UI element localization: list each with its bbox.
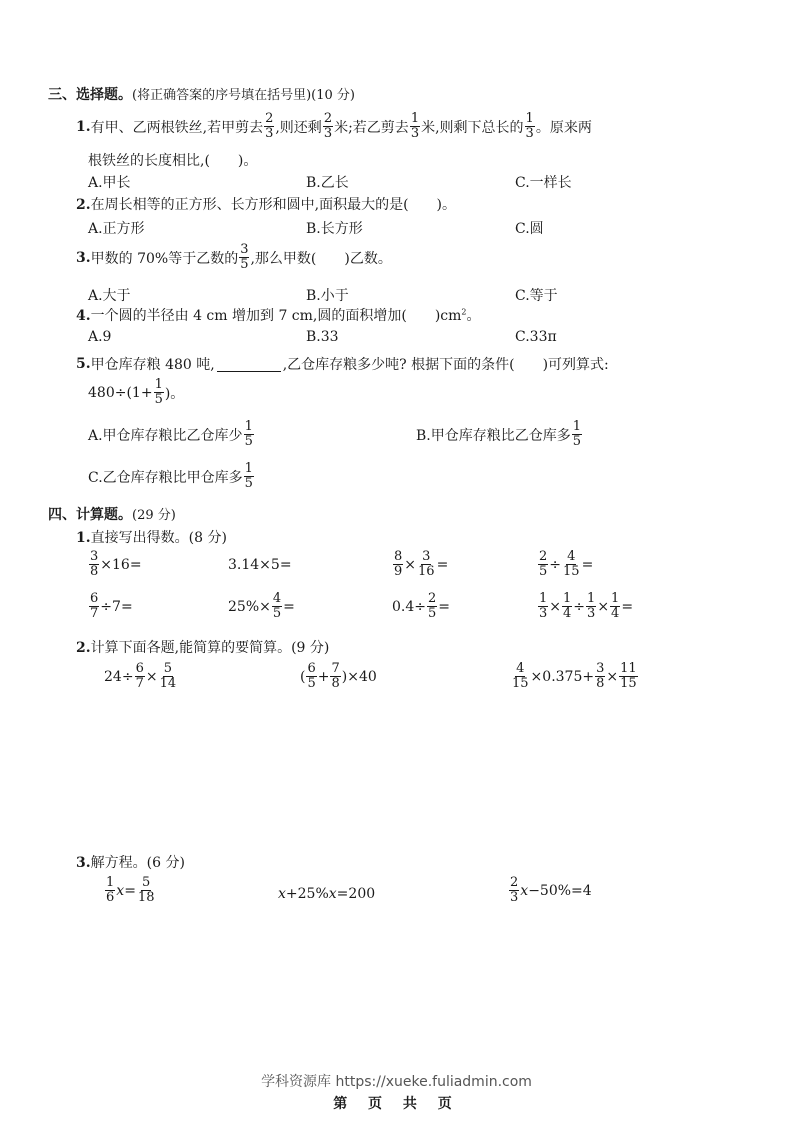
op: ÷ [549,557,561,573]
op: − [528,883,540,899]
question-number: 3. [76,250,91,266]
question-text: 米;若乙剪去 [334,117,409,137]
fraction: 13 [538,592,548,621]
op: = [437,557,449,573]
question-text: 有甲、乙两根铁丝,若甲剪去 [91,117,263,137]
op: × [100,557,112,573]
option-a: A.大于 [88,285,131,305]
question-2: 2.在周长相等的正方形、长方形和圆中,面积最大的是( )。 [76,194,456,214]
denominator: 3 [525,127,535,141]
part-3-title: 3.解方程。(6 分) [76,852,185,872]
number: 3.14 [228,557,259,573]
option-c: C.乙仓库存粮比甲仓库多 15 [88,462,255,491]
number: 0.375 [542,669,582,685]
question-number: 1. [76,119,91,135]
footer-page-number: 第 页 共 页 [0,1093,793,1113]
question-5-expression: 480÷(1+ 15 )。 [88,378,184,407]
fraction: 25 [538,550,548,579]
fraction: 15 [244,462,254,491]
calc-problem-2: (65+78)×40 [300,662,377,691]
fraction: 14 [610,592,620,621]
numerator: 1 [244,462,254,477]
question-5: 5. 甲仓库存粮 480 吨, ,乙仓库存粮多少吨? 根据下面的条件( )可列算… [76,354,609,374]
op: ÷ [100,599,112,615]
fraction: 13 [410,112,420,141]
question-1: 1. 有甲、乙两根铁丝,若甲剪去 23 ,则还剩 23 米;若乙剪去 13 米,… [76,112,592,141]
number: 25% [228,599,259,615]
option-b: B.长方形 [306,218,363,238]
expression-text: 480÷(1+ [88,385,153,401]
fraction: 35 [239,243,249,272]
question-text: 米,则剩下总长的 [421,117,523,137]
variable: x [329,886,337,902]
denominator: 5 [244,435,254,449]
fraction: 67 [135,662,145,691]
op: ÷ [414,599,426,615]
number: 16 [112,557,130,573]
variable: x [116,883,124,899]
fraction: 415 [511,662,530,691]
op: + [318,669,330,685]
op: = [124,883,136,899]
question-text: ,则还剩 [275,117,321,137]
option-a: A.甲长 [88,172,131,192]
fill-blank [217,357,281,372]
calc-item-1: 38×16= [88,550,142,579]
question-text: 甲数的 70%等于乙数的 [91,248,239,268]
question-4: 4.一个圆的半径由 4 cm 增加到 7 cm,圆的面积增加( )cm2。 [76,305,481,325]
op: × [597,599,609,615]
part-number: 1. [76,530,91,546]
fraction: 23 [509,876,519,905]
number: 7 [112,599,121,615]
fraction: 15 [244,420,254,449]
denominator: 5 [244,477,254,491]
calc-item-7: 0.4÷25= [392,592,450,621]
numerator: 2 [323,112,333,127]
op: + [286,886,298,902]
fraction: 38 [595,662,605,691]
op: = [582,557,594,573]
number: 0.4 [392,599,414,615]
op: = [130,557,142,573]
section-4-note: (29 分) [132,508,176,523]
equation-3: 23x−50%=4 [508,876,592,905]
op: = [280,557,292,573]
op: × [259,599,271,615]
part-number: 3. [76,855,91,871]
op: + [582,669,594,685]
denominator: 3 [410,127,420,141]
option-text: A.甲仓库存粮比乙仓库少 [88,425,243,445]
op: = [438,599,450,615]
op: = [121,599,133,615]
fraction: 316 [417,550,436,579]
question-text: ,乙仓库存粮多少吨? 根据下面的条件( )可列算式: [283,354,609,374]
question-number: 4. [76,308,91,324]
option-a: A.9 [88,329,111,345]
op: × [347,669,359,685]
expression-text: )。 [165,383,184,403]
option-a: A.正方形 [88,218,145,238]
fraction: 1115 [619,662,638,691]
section-3-header: 三、选择题。(将正确答案的序号填在括号里)(10 分) [48,84,355,104]
calc-item-5: 67÷7= [88,592,133,621]
op: × [606,669,618,685]
fraction: 25 [427,592,437,621]
calc-item-2: 3.14×5= [228,557,292,573]
denominator: 5 [239,258,249,272]
calc-problem-3: 415×0.375+38×1115 [510,662,639,691]
op: × [549,599,561,615]
number: 40 [359,669,377,685]
question-text: 。 [467,308,481,324]
question-1-line2: 根铁丝的长度相比,( )。 [88,150,257,170]
question-text: 在周长相等的正方形、长方形和圆中,面积最大的是( )。 [91,197,456,213]
option-c: C.圆 [515,218,544,238]
section-4-header: 四、计算题。(29 分) [48,504,176,524]
fraction: 15 [154,378,164,407]
calc-problem-1: 24÷67×514 [104,662,178,691]
fraction: 16 [105,876,115,905]
op: × [146,669,158,685]
fraction: 518 [137,876,156,905]
number: 50% [540,883,571,899]
fraction: 78 [330,662,340,691]
numerator: 1 [244,420,254,435]
op: = [571,883,583,899]
option-c: C.等于 [515,285,558,305]
question-text: ,那么甲数( )乙数。 [250,248,391,268]
fraction: 23 [323,112,333,141]
numerator: 3 [239,243,249,258]
question-number: 5. [76,356,91,372]
variable: x [520,883,528,899]
question-text: 。原来两 [536,117,592,137]
fraction: 67 [89,592,99,621]
option-c: C.33π [515,329,557,345]
fraction: 23 [264,112,274,141]
calc-item-3: 89×316= [392,550,448,579]
denominator: 3 [264,127,274,141]
denominator: 3 [323,127,333,141]
fraction: 514 [159,662,178,691]
number: 5 [271,557,280,573]
numerator: 1 [525,112,535,127]
number: 4 [583,883,592,899]
part-text: 直接写出得数。(8 分) [91,530,227,546]
fraction: 415 [562,550,581,579]
fraction: 45 [272,592,282,621]
footer-source: 学科资源库 https://xueke.fuliadmin.com [0,1071,793,1091]
denominator: 5 [154,393,164,407]
fraction: 15 [572,420,582,449]
option-a: A.甲仓库存粮比乙仓库少 15 [88,420,255,449]
fraction: 14 [562,592,572,621]
op: ÷ [573,599,585,615]
fraction: 13 [525,112,535,141]
numerator: 1 [154,378,164,393]
op: ( [300,669,305,685]
calc-item-4: 25÷415= [537,550,593,579]
part-text: 计算下面各题,能简算的要简算。(9 分) [91,640,330,656]
number: 200 [348,886,375,902]
op: × [404,557,416,573]
numerator: 1 [572,420,582,435]
calc-item-6: 25%×45= [228,592,295,621]
fraction: 13 [586,592,596,621]
option-c: C.一样长 [515,172,572,192]
section-3-note: (将正确答案的序号填在括号里)(10 分) [132,88,355,103]
question-text: 甲仓库存粮 480 吨, [91,354,215,374]
fraction: 38 [89,550,99,579]
question-3: 3. 甲数的 70%等于乙数的 35 ,那么甲数( )乙数。 [76,243,392,272]
option-b: B.甲仓库存粮比乙仓库多 15 [416,420,583,449]
question-number: 2. [76,197,91,213]
part-number: 2. [76,640,91,656]
section-4-title: 四、计算题。 [48,507,132,523]
part-1-title: 1.直接写出得数。(8 分) [76,527,227,547]
numerator: 2 [264,112,274,127]
op: ÷ [122,669,134,685]
option-text: B.甲仓库存粮比乙仓库多 [416,425,571,445]
part-text: 解方程。(6 分) [91,855,185,871]
variable: x [278,886,286,902]
op: = [621,599,633,615]
section-3-title: 三、选择题。 [48,87,132,103]
op: × [259,557,271,573]
denominator: 5 [572,435,582,449]
calc-item-8: 13×14÷13×14= [537,592,633,621]
option-b: B.33 [306,329,339,345]
op: = [337,886,349,902]
part-2-title: 2.计算下面各题,能简算的要简算。(9 分) [76,637,329,657]
op: = [283,599,295,615]
number: 25% [298,886,329,902]
fraction: 89 [393,550,403,579]
op: × [531,669,543,685]
numerator: 1 [410,112,420,127]
fraction: 65 [306,662,316,691]
equation-2: x+25%x=200 [278,886,375,902]
question-text: 一个圆的半径由 4 cm 增加到 7 cm,圆的面积增加( )cm [91,308,462,324]
number: 24 [104,669,122,685]
option-b: B.乙长 [306,172,349,192]
option-b: B.小于 [306,285,349,305]
equation-1: 16x=518 [104,876,156,905]
option-text: C.乙仓库存粮比甲仓库多 [88,467,243,487]
